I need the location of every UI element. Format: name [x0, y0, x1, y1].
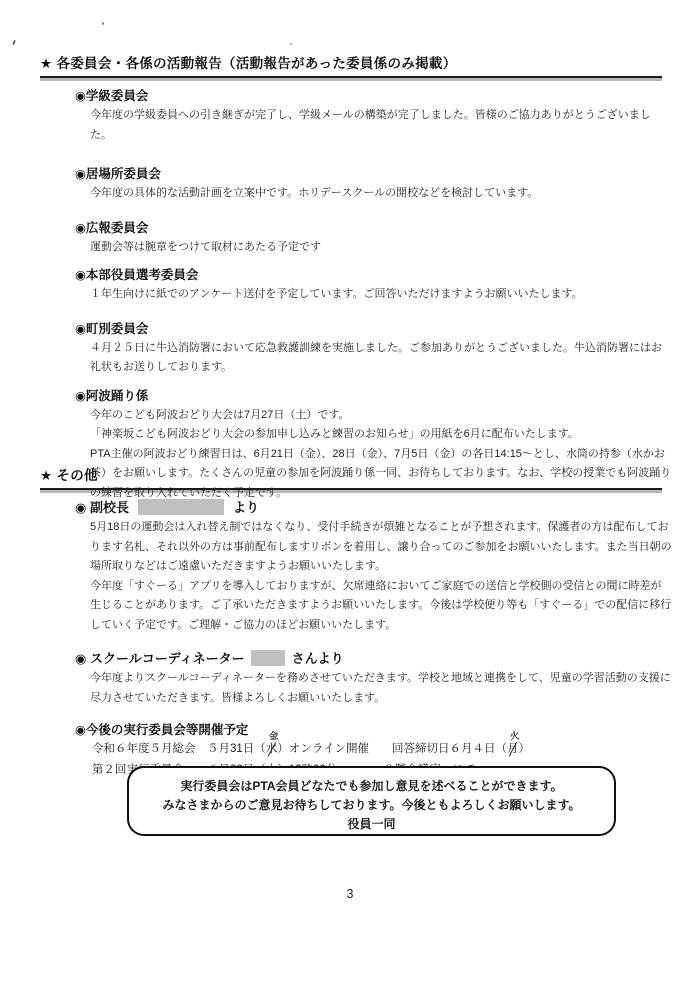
awaodori-line: 今年のこども阿波おどり大会は7月27日（土）です。: [90, 406, 672, 426]
school-coordinator-label: ◉ スクールコーディネーター: [75, 651, 245, 666]
committee-report-section: ★ 各委員会・各係の活動報告（活動報告があった委員係のみ掲載） ◉学級委員会 今…: [40, 52, 662, 516]
committee-body: 今年度の具体的な活動計画を立案中です。ホリデースクールの開校などを検討しています…: [90, 184, 672, 204]
handwritten-correction: 金水: [266, 739, 278, 760]
strikethrough-weekday: 水: [266, 739, 278, 760]
vice-principal-paragraph: 今年度「すぐーる」アプリを導入しておりますが、欠席連絡においてご家庭での送信と学…: [90, 577, 672, 636]
committee-body: 今年度の学級委員への引き継ぎが完了し、学級メールの構築が完了しました。皆様のご協…: [90, 106, 672, 145]
notice-line: 実行委員会はPTA会員どなたでも参加し意見を述べることができます。: [129, 777, 614, 796]
vice-principal-label: ◉ 副校長: [75, 500, 129, 515]
schedule-row1-mid: ）オンライン開催 回答締切日６月４日（: [277, 743, 507, 755]
redaction-box: [251, 650, 285, 666]
committee-block-koho: ◉広報委員会 運動会等は腕章をつけて取材にあたる予定です: [40, 219, 662, 258]
section-title-committee-reports: ★ 各委員会・各係の活動報告（活動報告があった委員係のみ掲載）: [40, 52, 662, 78]
scanned-document-page: ★ 各委員会・各係の活動報告（活動報告があった委員係のみ掲載） ◉学級委員会 今…: [0, 0, 700, 983]
vice-principal-paragraph: 5月18日の運動会は入れ替え制ではなくなり、受付手続きが煩雑となることが予想され…: [90, 518, 672, 577]
committee-heading: ◉町別委員会: [75, 320, 662, 338]
strikethrough-weekday: 月: [507, 739, 519, 760]
notice-line: 役員一同: [129, 815, 614, 834]
schedule-row-1: 令和６年度５月総会 ５月31日（金水）オンライン開催 回答締切日６月４日（火月）: [92, 739, 662, 760]
section-title-other: ★ その他: [40, 464, 662, 490]
committee-block-ibasho: ◉居場所委員会 今年度の具体的な活動計画を立案中です。ホリデースクールの開校など…: [40, 165, 662, 204]
committee-block-chobetsu: ◉町別委員会 ４月２５日に牛込消防署において応急救護訓練を実施しました。ご参加あ…: [40, 320, 662, 378]
committee-heading: ◉阿波踊り係: [75, 387, 662, 405]
school-coordinator-heading: ◉ スクールコーディネーターさんより: [75, 650, 662, 668]
awaodori-line: 「神楽坂こども阿波おどり大会の参加申し込みと練習のお知らせ」の用紙を6月に配布い…: [90, 425, 672, 445]
school-coordinator-block: ◉ スクールコーディネーターさんより 今年度よりスクールコーディネーターを務めさ…: [40, 650, 662, 708]
vice-principal-suffix: より: [233, 500, 259, 515]
vice-principal-heading: ◉ 副校長より: [75, 499, 662, 517]
schedule-row1-pre: 令和６年度５月総会 ５月31日（: [92, 743, 266, 755]
committee-heading: ◉学級委員会: [75, 87, 662, 105]
scan-speckle: [12, 40, 16, 45]
school-coordinator-suffix: さんより: [292, 651, 344, 666]
handwritten-correction: 火月: [507, 739, 519, 760]
other-section: ★ その他 ◉ 副校長より 5月18日の運動会は入れ替え制ではなくなり、受付手続…: [40, 464, 662, 814]
committee-body: ４月２５日に牛込消防署において応急救護訓練を実施しました。ご参加ありがとうござい…: [90, 339, 672, 378]
school-coordinator-body: 今年度よりスクールコーディネーターを務めさせていただきます。学校と地域と連携をし…: [90, 669, 672, 708]
vice-principal-block: ◉ 副校長より 5月18日の運動会は入れ替え制ではなくなり、受付手続きが煩雑とな…: [40, 499, 662, 635]
redaction-box: [138, 499, 224, 515]
committee-body: 運動会等は腕章をつけて取材にあたる予定です: [90, 238, 672, 258]
scan-speckle: [290, 43, 292, 45]
committee-body: １年生向けに紙でのアンケート送付を予定しています。ご回答いただけますようお願いい…: [90, 285, 672, 305]
committee-heading: ◉居場所委員会: [75, 165, 662, 183]
notice-line: みなさまからのご意見お待ちしております。今後ともよろしくお願いします。: [129, 796, 614, 815]
notice-box: 実行委員会はPTA会員どなたでも参加し意見を述べることができます。 みなさまから…: [127, 766, 616, 836]
committee-heading: ◉本部役員選考委員会: [75, 266, 662, 284]
schedule-heading: ◉今後の実行委員会等開催予定: [75, 721, 662, 739]
vice-principal-body: 5月18日の運動会は入れ替え制ではなくなり、受付手続きが煩雑となることが予想され…: [90, 518, 672, 635]
committee-block-gakkyu: ◉学級委員会 今年度の学級委員への引き継ぎが完了し、学級メールの構築が完了しまし…: [40, 87, 662, 145]
committee-heading: ◉広報委員会: [75, 219, 662, 237]
committee-block-honbu-senkou: ◉本部役員選考委員会 １年生向けに紙でのアンケート送付を予定しています。ご回答い…: [40, 266, 662, 305]
page-number: 3: [0, 887, 700, 901]
scan-speckle: [102, 22, 104, 25]
